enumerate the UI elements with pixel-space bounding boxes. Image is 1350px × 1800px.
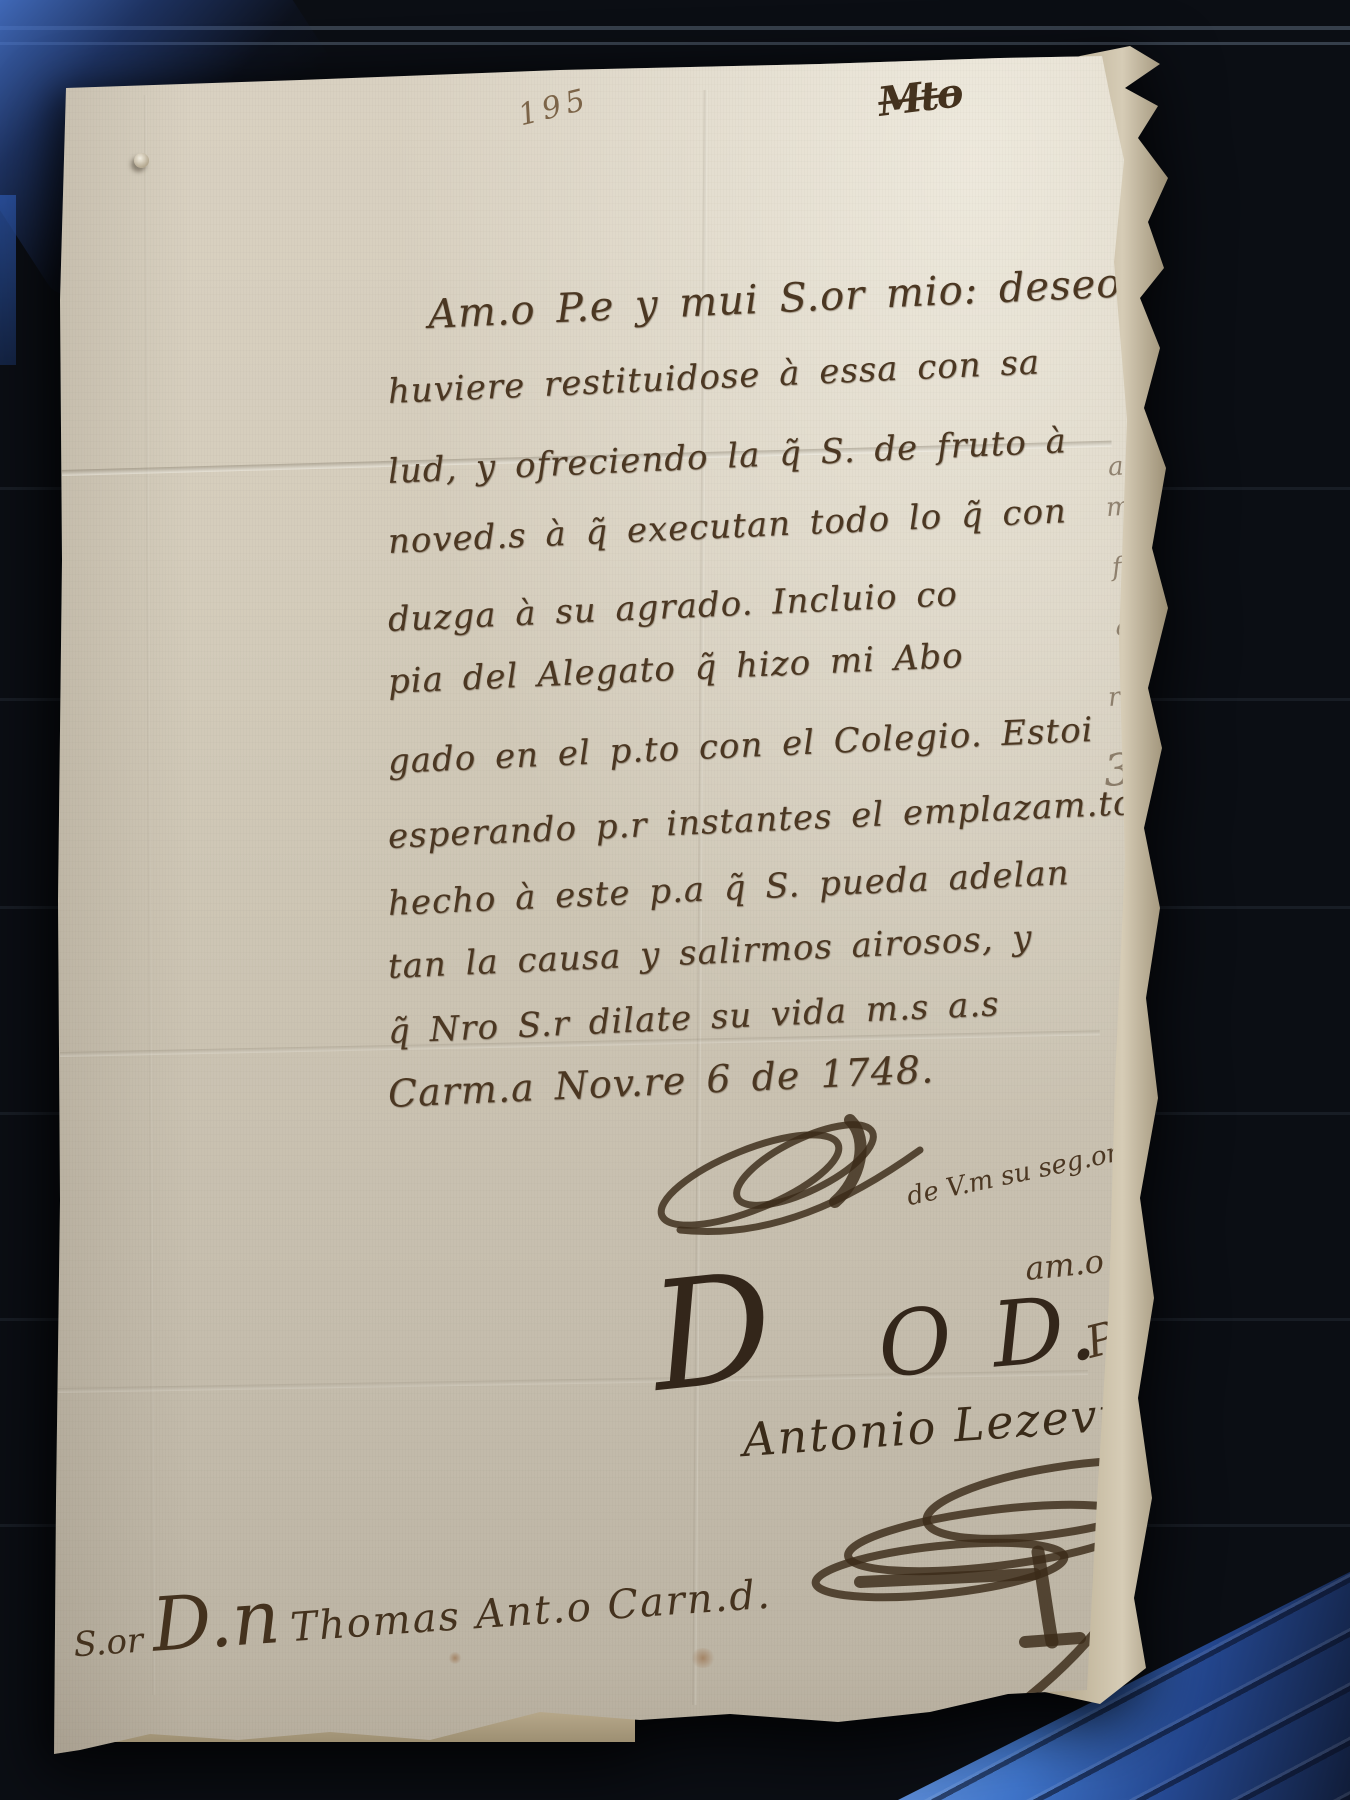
body-line: pia del Alegato q̃ hizo mi Abo xyxy=(387,636,964,702)
address-don: D.n xyxy=(150,1588,282,1656)
body-line: huviere restituidose à essa con sa xyxy=(387,342,1041,412)
body-line: duzga à su agrado. Incluio co xyxy=(387,574,958,640)
folio-number: 195 xyxy=(515,82,594,133)
top-right-ink-mark: Mto xyxy=(875,69,964,126)
signature-rubric xyxy=(800,1290,1220,1730)
bleedthrough-fragment: a xyxy=(1107,451,1125,482)
photo-scene: 195 Mto Am.o P.e y mui S.or mio: deseo q… xyxy=(0,0,1350,1800)
rust-stain xyxy=(448,1652,462,1664)
address-line: S.or D.n Thomas Ant.o Carn.d. xyxy=(71,1554,773,1667)
address-salutation: S.or xyxy=(72,1621,144,1666)
paper-pinhole xyxy=(134,153,149,168)
vertical-fold-crease-left xyxy=(144,95,155,1695)
body-line: tan la causa y salirmos airosos, y xyxy=(387,918,1033,987)
body-line: gado en el p.to con el Colegio. Estoi xyxy=(387,710,1094,782)
body-line: noved.s à q̃ executan todo lo q̃ con xyxy=(387,491,1068,562)
body-line: esperando p.r instantes el emplazam.to xyxy=(387,783,1135,857)
body-line: hecho à este p.a q̃ S. pueda adelan xyxy=(387,853,1070,924)
signature-initial: D xyxy=(644,1252,779,1414)
paper-stack: 195 Mto Am.o P.e y mui S.or mio: deseo q… xyxy=(0,0,1350,1800)
rust-stain xyxy=(690,1648,716,1668)
body-line: lud, y ofreciendo la q̃ S. de fruto à xyxy=(387,421,1068,492)
address-name: Thomas Ant.o Carn.d. xyxy=(289,1572,773,1652)
